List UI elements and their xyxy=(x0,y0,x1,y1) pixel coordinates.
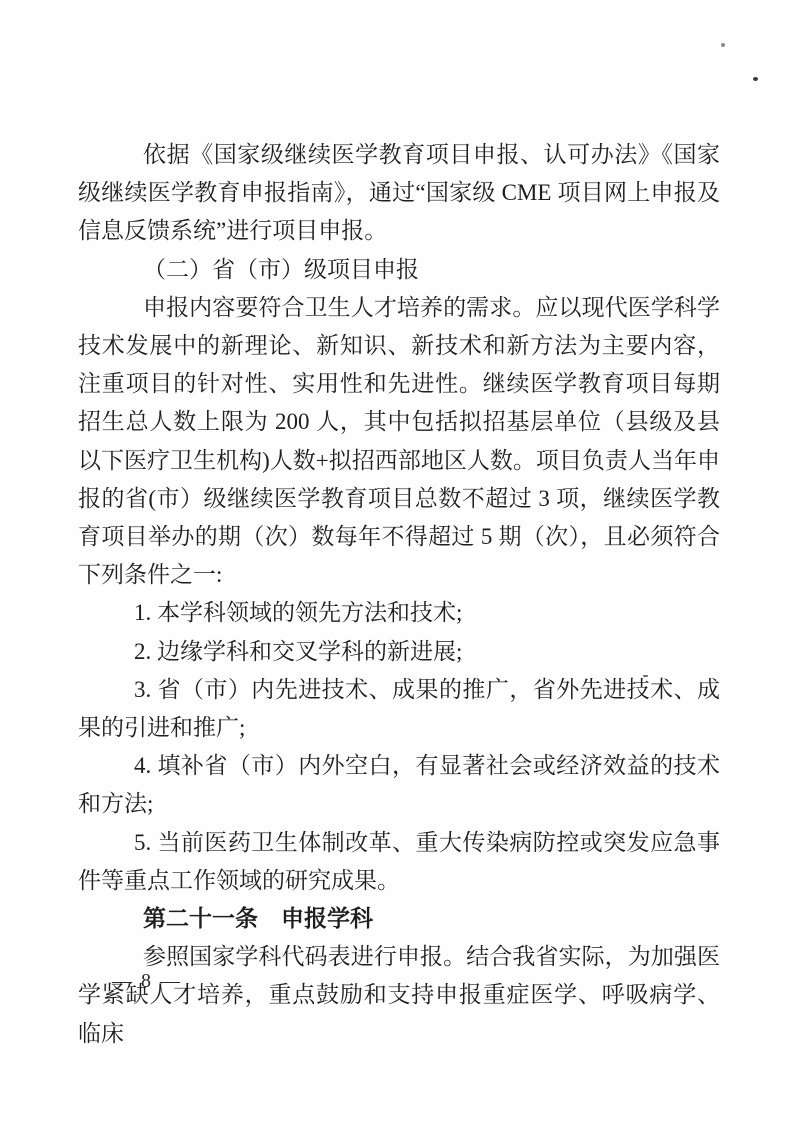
paragraph-requirements: 申报内容要符合卫生人才培养的需求。应以现代医学科学技术发展中的新理论、新知识、新… xyxy=(78,289,720,595)
list-item-4: 4. 填补省（市）内外空白，有显著社会或经济效益的技术和方法; xyxy=(78,747,720,823)
list-item-3: 3. 省（市）内先进技术、成果的推广，省外先进技术、成果的引进和推广; xyxy=(78,671,720,747)
list-item-2: 2. 边缘学科和交叉学科的新进展; xyxy=(78,633,720,671)
list-item-5: 5. 当前医药卫生体制改革、重大传染病防控或突发应急事件等重点工作领域的研究成果… xyxy=(78,824,720,900)
document-page: 依据《国家级继续医学教育项目申报、认可办法》《国家级继续医学教育申报指南》，通过… xyxy=(0,0,792,1125)
section-heading-article-21: 第二十一条 申报学科 xyxy=(78,900,720,938)
document-body: 依据《国家级继续医学教育项目申报、认可办法》《国家级继续医学教育申报指南》，通过… xyxy=(78,136,720,1053)
scan-artifact-dot xyxy=(721,43,725,47)
paragraph-disciplines: 参照国家学科代码表进行申报。结合我省实际，为加强医学紧缺人才培养，重点鼓励和支持… xyxy=(78,938,720,1053)
page-number: — 8 — xyxy=(112,970,182,993)
scan-artifact-dot xyxy=(753,77,758,81)
paragraph-intro: 依据《国家级继续医学教育项目申报、认可办法》《国家级继续医学教育申报指南》，通过… xyxy=(78,136,720,251)
scan-artifact-speck xyxy=(643,675,648,677)
paragraph-subsection-title: （二）省（市）级项目申报 xyxy=(78,251,720,289)
list-item-1: 1. 本学科领域的领先方法和技术; xyxy=(78,594,720,632)
